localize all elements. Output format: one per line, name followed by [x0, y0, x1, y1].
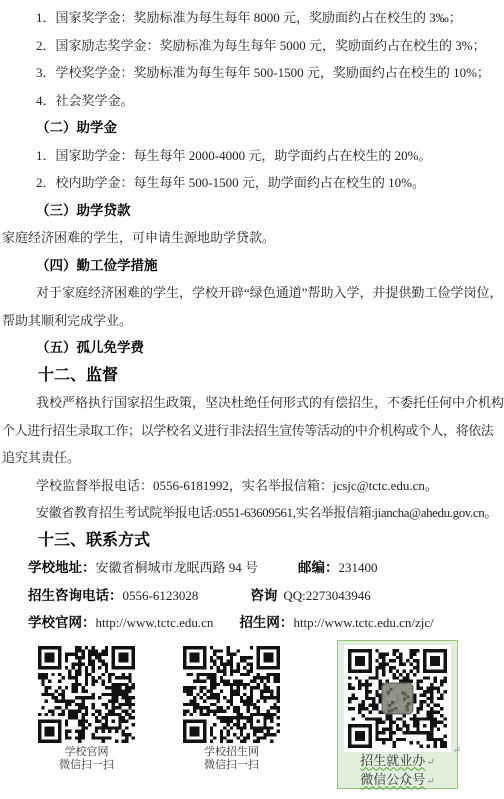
work-study-line-2: 帮助其顺利完成学业。	[0, 307, 504, 335]
qr-caption-office-line-2: 微信公众号↵	[338, 771, 457, 790]
work-study-line-1: 对于家庭经济困难的学生，学校开辟“绿色通道”帮助入学，并提供勤工俭学岗位，	[0, 279, 504, 307]
address-value: 安徽省桐城市龙眠西路 94 号	[96, 560, 259, 575]
contact-address-line: 学校地址：安徽省桐城市龙眠西路 94 号邮编：231400	[0, 554, 504, 582]
paragraph-mark-icon: ↵	[453, 745, 461, 756]
document-page: 1．国家奖学金：奖励标准为每生每年 8000 元，奖励面约占在校生的 3‰； 2…	[0, 0, 504, 799]
supervision-line-1: 我校严格执行国家招生政策，坚决杜绝任何形式的有偿招生，不委托任何中介机构或	[0, 389, 504, 417]
grant-item-1: 1．国家助学金：每生每年 2000-4000 元，助学面约占在校生的 20%。	[0, 142, 504, 170]
supervision-line-2: 个人进行招生录取工作；以学校名义进行非法招生宣传等活动的中介机构或个人，将依法	[0, 417, 504, 445]
school-report-line: 学校监督举报电话：0556-6181992，实名举报信箱：jcsjc@tctc.…	[0, 472, 504, 500]
qr-caption-line: 微信扫一扫	[38, 759, 135, 773]
scholarship-item-1: 1．国家奖学金：奖励标准为每生每年 8000 元，奖励面约占在校生的 3‰；	[0, 4, 504, 32]
address-label: 学校地址：	[28, 560, 96, 575]
admissions-site-label: 招生网：	[239, 615, 293, 630]
website-label: 学校官网：	[28, 615, 96, 630]
qr-block-admissions-website: 学校招生网 微信扫一扫	[183, 646, 280, 773]
qr-caption-line: 学校招生网	[183, 746, 280, 760]
provincial-report-line: 安徽省教育招生考试院举报电话:0551-63609561,实名举报信箱:jian…	[0, 499, 504, 527]
scholarship-item-4: 4．社会奖学金。	[0, 87, 504, 115]
admissions-site-value: http://www.tctc.edu.cn/zjc/	[293, 615, 433, 630]
postcode-label: 邮编：	[298, 560, 339, 575]
contact-phone-line: 招生咨询电话：0556-6123028咨询QQ:2273043946	[0, 582, 504, 610]
section-heading-contact: 十三、联系方式	[0, 527, 504, 555]
loans-body: 家庭经济困难的学生，可申请生源地助学贷款。	[0, 224, 504, 252]
section-heading-orphan: （五）孤儿免学费	[0, 334, 504, 362]
qr-code-school-website[interactable]	[38, 646, 135, 743]
section-heading-work-study: （四）勤工俭学措施	[0, 252, 504, 280]
phone-value: 0556-6123028	[123, 588, 199, 603]
qr-code-admissions-website[interactable]	[183, 646, 280, 743]
section-heading-loans: （三）助学贷款	[0, 197, 504, 225]
qr-white-area: ↵	[344, 645, 451, 752]
paragraph-mark-icon: ↵	[426, 776, 434, 787]
qr-caption-line: 学校官网	[38, 746, 135, 760]
qr-block-admissions-office-wechat-selected[interactable]: ↵ 招生就业办↵ 微信公众号↵	[337, 640, 458, 789]
phone-label: 招生咨询电话：	[28, 588, 123, 603]
supervision-line-3: 追究其责任。	[0, 444, 504, 472]
grant-item-2: 2．校内助学金：每生每年 500-1500 元，助学面约占在校生的 10%。	[0, 169, 504, 197]
qr-caption-office-line-1: 招生就业办↵	[338, 752, 457, 771]
qr-block-school-website: 学校官网 微信扫一扫	[38, 646, 135, 773]
website-value: http://www.tctc.edu.cn	[96, 615, 214, 630]
qr-caption-school-website: 学校官网 微信扫一扫	[38, 746, 135, 773]
section-heading-supervision: 十二、监督	[0, 362, 504, 390]
qr-caption-line: 微信扫一扫	[183, 759, 280, 773]
qr-code-admissions-office-wechat[interactable]	[348, 649, 447, 748]
paragraph-mark-icon: ↵	[426, 757, 434, 768]
postcode-value: 231400	[339, 560, 378, 575]
contact-website-line: 学校官网：http://www.tctc.edu.cn招生网：http://ww…	[0, 609, 504, 637]
qq-value: QQ:2273043946	[283, 588, 370, 603]
scholarship-item-2: 2．国家励志奖学金：奖励标准为每生每年 5000 元，奖励面约占在校生的 3%；	[0, 32, 504, 60]
qr-row: 学校官网 微信扫一扫 学校招生网 微信扫一扫 ↵ 招生就业办↵ 微信公众号↵	[0, 637, 504, 799]
scholarship-item-3: 3．学校奖学金：奖励标准为每生每年 500-1500 元，奖励面约占在校生的 1…	[0, 59, 504, 87]
qq-label: 咨询	[250, 588, 277, 603]
qr-caption-admissions-website: 学校招生网 微信扫一扫	[183, 746, 280, 773]
section-heading-grants: （二）助学金	[0, 114, 504, 142]
